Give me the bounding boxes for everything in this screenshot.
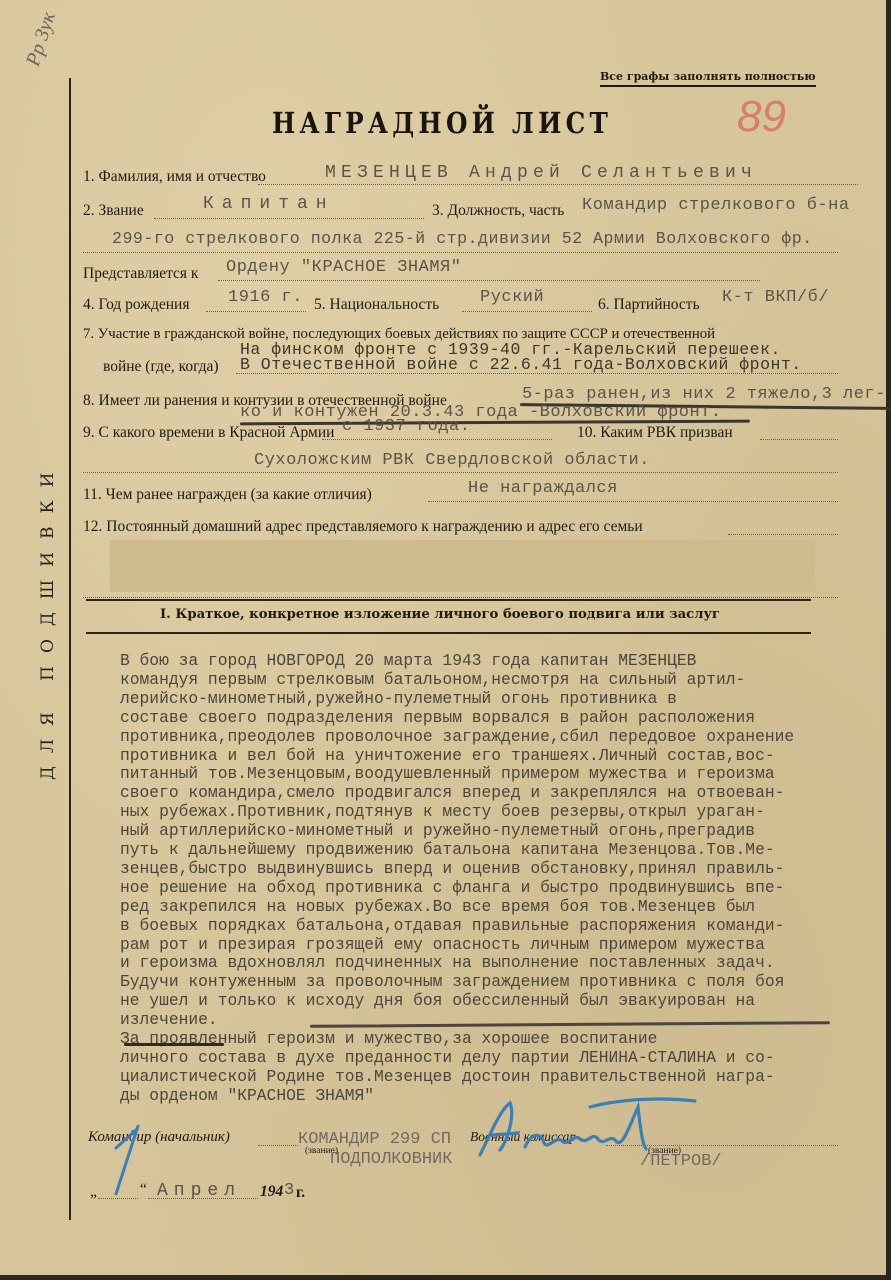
field-9-dotline xyxy=(322,439,552,440)
field-1-label: 1. Фамилия, имя и отчество xyxy=(83,168,266,186)
field-1-value: МЕЗЕНЦЕВ Андрей Селантьевич xyxy=(325,163,757,183)
narrative-line: противника,преодолев проволочное загражд… xyxy=(120,728,794,747)
field-5-dotline xyxy=(462,311,592,312)
presented-value: Ордену "КРАСНОЕ ЗНАМЯ" xyxy=(226,258,461,277)
narrative-line: лерийско-минометный,ружейно-пулеметный о… xyxy=(120,690,677,709)
instruction-note: Все графы заполнять полностью xyxy=(600,70,816,87)
narrative-line: ред закрепился на новых рубежах.Во все в… xyxy=(120,898,755,917)
field-2-label: 2. Звание xyxy=(83,202,144,220)
commissar-signature xyxy=(470,1095,700,1165)
field-9-value: с 1937 года. xyxy=(342,417,470,436)
narrative-line: противника и вел бой на уничтожение его … xyxy=(120,747,775,766)
date-day-dotline xyxy=(98,1198,138,1199)
field-3-value-line2: 299-го стрелкового полка 225-й стр.дивиз… xyxy=(112,229,813,248)
narrative-line: и героизма вдохновлял подчиненных на вып… xyxy=(120,954,775,973)
field-10-value: Сухоложским РВК Свердловской области. xyxy=(254,451,650,470)
narrative-line: ды орденом "КРАСНОЕ ЗНАМЯ" xyxy=(120,1087,374,1106)
award-sheet-page: Рр 3ук ДЛЯ ПОДШИВКИ Все графы заполнять … xyxy=(0,0,886,1275)
section-rule-top xyxy=(86,599,811,601)
field-10-dotline xyxy=(760,439,838,440)
field-11-value: Не награждался xyxy=(468,479,618,498)
field-3-label: 3. Должность, часть xyxy=(432,202,564,220)
date-suffix: г. xyxy=(296,1184,305,1202)
narrative-line: ный артиллерийско-минометный и ружейно-п… xyxy=(120,822,755,841)
sheet-number: 89 xyxy=(737,92,786,142)
field-12-label: 12. Постоянный домашний адрес представля… xyxy=(83,518,643,536)
field-4-dotline xyxy=(206,311,306,312)
narrative-line: ных рубежах.Противник,подтянув к месту б… xyxy=(120,803,765,822)
field-11-dotline xyxy=(428,501,838,502)
presented-dotline xyxy=(218,280,760,281)
field-7-value-line2: В Отечественной войне с 22.6.41 года-Вол… xyxy=(240,355,802,374)
field-11-label: 11. Чем ранее награжден (за какие отличи… xyxy=(83,486,372,504)
narrative-line: в боевых порядках батальона,отдавая прав… xyxy=(120,917,784,936)
commander-dotline xyxy=(258,1145,298,1146)
date-open-quote: „ xyxy=(90,1183,97,1201)
field-2-value: Капитан xyxy=(203,194,335,214)
field-9-label: 9. С какого времени в Красной Армии xyxy=(83,424,334,442)
field-2-dotline xyxy=(154,218,424,219)
binding-label: ДЛЯ ПОДШИВКИ xyxy=(38,460,58,780)
field-12-dotline xyxy=(728,534,838,535)
date-year-typed: 3 xyxy=(284,1181,295,1200)
narrative-line: своего командира,смело продвигался впере… xyxy=(120,784,784,803)
field-5-value: Руский xyxy=(480,288,544,307)
field-1-dotline xyxy=(258,184,858,185)
commander-stamp-line2: ПОДПОЛКОВНИК xyxy=(330,1150,452,1169)
narrative-line: командуя первым стрелковым батальоном,не… xyxy=(120,671,745,690)
date-month: Апрел xyxy=(157,1181,241,1201)
date-close-quote: “ xyxy=(140,1181,147,1199)
page-title: НАГРАДНОЙ ЛИСТ xyxy=(272,106,612,140)
field-6-value: К-т ВКП/б/ xyxy=(722,288,829,307)
narrative-line: личного состава в духе преданности делу … xyxy=(120,1049,775,1068)
date-year-printed: 194 xyxy=(260,1183,283,1201)
field-8-value-line1: 5-раз ранен,из них 2 тяжело,3 лег- xyxy=(522,385,886,404)
narrative-line: излечение. xyxy=(120,1011,218,1030)
narrative-line: рам рот и презирая грозящей ему опасност… xyxy=(120,936,765,955)
pencil-underline xyxy=(310,1021,830,1027)
field-3-dotline xyxy=(83,252,838,253)
field-4-value: 1916 г. xyxy=(228,288,303,307)
narrative-line: За проявленный героизм и мужество,за хор… xyxy=(120,1030,657,1049)
narrative-line: ное решение на обход противника с фланга… xyxy=(120,879,784,898)
redacted-address xyxy=(110,540,815,592)
narrative-line: Будучи контуженным за проволочным заграж… xyxy=(120,973,784,992)
section-title: I. Краткое, конкретное изложение личного… xyxy=(160,607,720,622)
field-5-label: 5. Национальность xyxy=(314,296,439,314)
narrative-line: В бою за город НОВГОРОД 20 марта 1943 го… xyxy=(120,652,696,671)
field-12-dotline-2 xyxy=(83,597,838,598)
field-10-label: 10. Каким РВК призван xyxy=(577,424,733,442)
narrative-line: циалистической Родине тов.Мезенцев досто… xyxy=(120,1068,775,1087)
field-10-dotline-2 xyxy=(83,472,838,473)
field-6-label: 6. Партийность xyxy=(598,296,700,314)
margin-handwritten-note: Рр 3ук xyxy=(22,9,61,69)
field-3-value-line1: Командир стрелкового б-на xyxy=(582,196,850,215)
narrative-line: путь к дальнейшему продвижению батальона… xyxy=(120,841,775,860)
field-8-value-line2: ко и контужен 20.3.43 года -Волховский ф… xyxy=(240,403,722,422)
field-7-label-line2: войне (где, когда) xyxy=(103,358,219,376)
presented-label: Представляется к xyxy=(83,265,198,283)
pencil-underline xyxy=(124,1043,224,1046)
narrative-line: питанный тов.Мезенцовым,воодушевленный п… xyxy=(120,765,775,784)
commander-signature xyxy=(100,1120,160,1200)
narrative-line: зенцев,быстро выдвинувшись вперд и оцени… xyxy=(120,860,784,879)
binding-margin-line xyxy=(69,78,71,1220)
narrative-line: составе своего подразделения первым ворв… xyxy=(120,709,755,728)
narrative-line: не ушел и только к исходу дня боя обесси… xyxy=(120,992,755,1011)
field-4-label: 4. Год рождения xyxy=(83,296,189,314)
section-rule-bottom xyxy=(86,632,811,634)
